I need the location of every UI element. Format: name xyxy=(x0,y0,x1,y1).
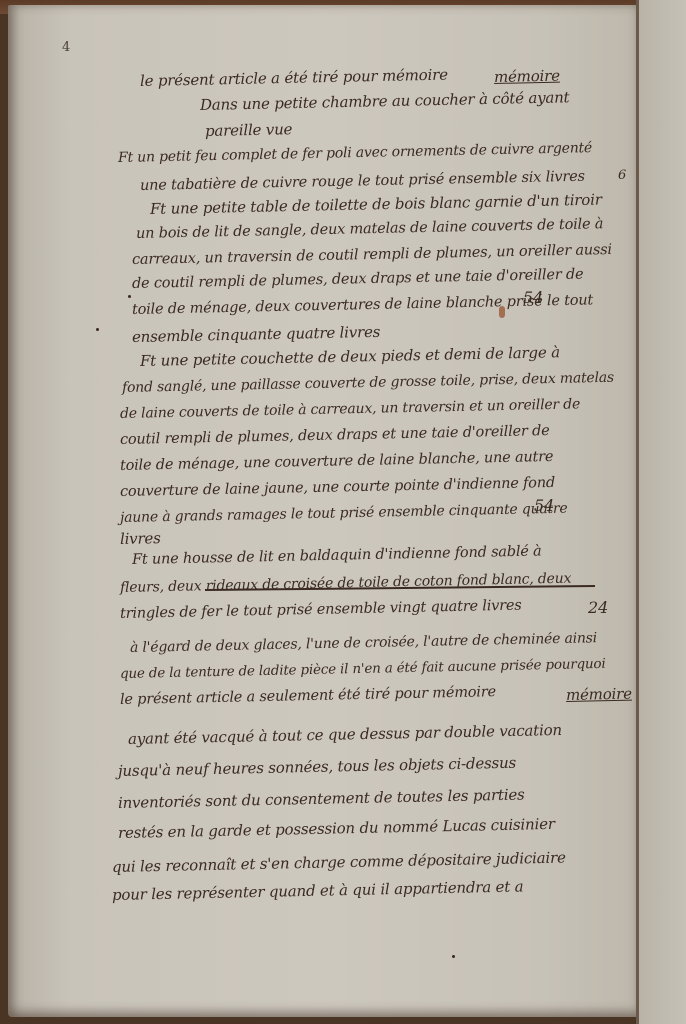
amount: 24 xyxy=(588,598,608,617)
ink-speck xyxy=(128,295,131,298)
amount: 54 xyxy=(534,496,554,515)
ink-speck xyxy=(452,955,455,958)
amount: 6 xyxy=(618,168,626,183)
margin-note: mémoire xyxy=(494,67,560,86)
text-line: livres xyxy=(120,529,161,548)
margin-note: mémoire xyxy=(566,685,632,704)
facing-page-edge xyxy=(639,0,686,1024)
text-line: pareille vue xyxy=(205,120,293,140)
ink-speck xyxy=(96,328,99,331)
page-number: 4 xyxy=(62,40,70,55)
amount: 54 xyxy=(523,288,543,307)
